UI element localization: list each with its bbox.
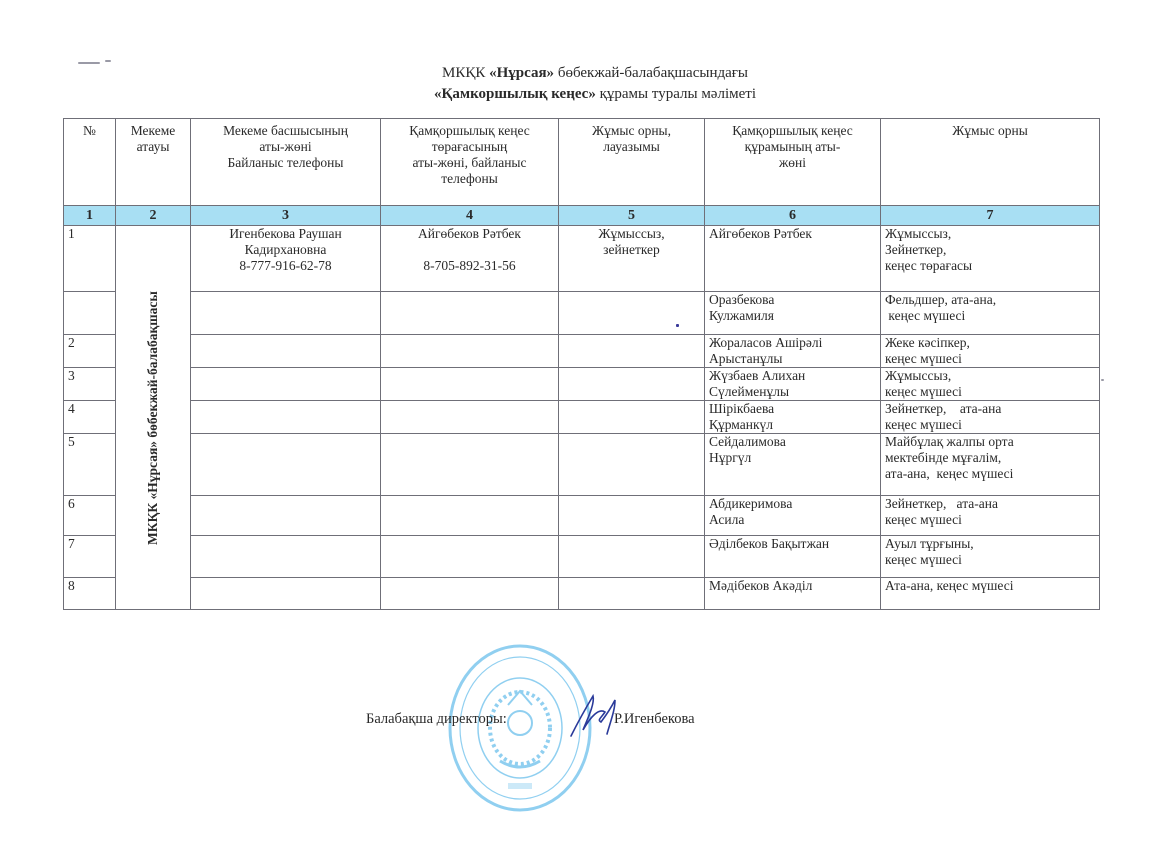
empty-cell: [191, 496, 381, 536]
cell-text: Асила: [709, 512, 876, 528]
empty-cell: [381, 292, 559, 335]
header-text: Қамқоршылық кеңес: [709, 123, 876, 139]
column-index: 6: [705, 206, 881, 226]
empty-cell: [381, 335, 559, 368]
member-name-cell: Жораласов АшірәліАрыстанұлы: [705, 335, 881, 368]
empty-cell: [559, 536, 705, 578]
empty-cell: [191, 368, 381, 401]
scan-speck: [105, 60, 111, 62]
header-text: құрамының аты-: [709, 139, 876, 155]
title-suffix: бөбекжай-балабақшасындағы: [554, 65, 748, 81]
institution-name: МКҚК «Нұрсая» бөбекжай-балабақшасы: [145, 291, 161, 545]
column-index: 7: [881, 206, 1100, 226]
cell-text: Зейнеткер, ата-ана: [885, 401, 1095, 417]
table-row: 7Әділбеков БақытжанАуыл тұрғыны,кеңес мү…: [64, 536, 1100, 578]
cell-text: Мәдібеков Акәділ: [709, 578, 876, 594]
cell-text: Майбұлақ жалпы орта: [885, 434, 1095, 450]
cell-text: Жүзбаев Алихан: [709, 368, 876, 384]
empty-cell: [559, 401, 705, 434]
empty-cell: [559, 368, 705, 401]
header-text: Мекеме басшысының: [195, 123, 376, 139]
header-text: Жұмыс орны: [885, 123, 1095, 139]
empty-cell: [191, 578, 381, 610]
row-number: 1: [64, 226, 116, 292]
header-text: аты-жөні, байланыс: [385, 155, 554, 171]
chair-info-cell: Айгөбеков Рәтбек 8-705-892-31-56: [381, 226, 559, 292]
cell-text: Шірікбаева: [709, 401, 876, 417]
empty-cell: [559, 578, 705, 610]
row-number: 7: [64, 536, 116, 578]
cell-text: кеңес мүшесі: [885, 512, 1095, 528]
director-name: Р.Игенбекова: [614, 711, 695, 728]
cell-text: кеңес мүшесі: [885, 552, 1095, 568]
cell-text: Жораласов Ашірәлі: [709, 335, 876, 351]
cell-text: Зейнеткер, ата-ана: [885, 496, 1095, 512]
scan-speck: [1101, 379, 1104, 381]
cell-text: Құрманкүл: [709, 417, 876, 433]
header-text: Мекеме: [120, 123, 186, 139]
member-work-cell: Ауыл тұрғыны,кеңес мүшесі: [881, 536, 1100, 578]
header-row: №МекемеатауыМекеме басшысыныңаты-жөніБай…: [64, 119, 1100, 206]
title-suffix-2: құрамы туралы мәліметі: [596, 86, 756, 102]
header-text: №: [68, 123, 111, 139]
cell-text: Арыстанұлы: [709, 351, 876, 367]
header-text: аты-жөні: [195, 139, 376, 155]
header-text: телефоны: [385, 171, 554, 187]
cell-text: Сүлейменұлы: [709, 384, 876, 400]
row-number: 5: [64, 434, 116, 496]
member-work-cell: Майбұлақ жалпы ортамектебінде мұғалім,ат…: [881, 434, 1100, 496]
column-header-7: Жұмыс орны: [881, 119, 1100, 206]
column-header-6: Қамқоршылық кеңесқұрамының аты-жөні: [705, 119, 881, 206]
document-title-line2: «Қамкоршылық кеңес» құрамы туралы мәліме…: [10, 84, 1170, 104]
member-work-cell: Ата-ана, кеңес мүшесі: [881, 578, 1100, 610]
header-text: Жұмыс орны,: [563, 123, 700, 139]
title-prefix: МКҚК: [442, 65, 489, 81]
member-work-cell: Зейнеткер, ата-анакеңес мүшесі: [881, 496, 1100, 536]
scan-speck: [676, 324, 679, 327]
member-name-cell: Айгөбеков Рәтбек: [705, 226, 881, 292]
cell-text: Кадирхановна: [195, 242, 376, 258]
empty-cell: [381, 496, 559, 536]
empty-cell: [191, 434, 381, 496]
cell-text: кеңес төрағасы: [885, 258, 1095, 274]
cell-text: Оразбекова: [709, 292, 876, 308]
column-header-4: Қамқоршылық кеңестөрағасыныңаты-жөні, ба…: [381, 119, 559, 206]
cell-text: кеңес мүшесі: [885, 384, 1095, 400]
column-header-1: №: [64, 119, 116, 206]
cell-text: Кулжамиля: [709, 308, 876, 324]
cell-text: мектебінде мұғалім,: [885, 450, 1095, 466]
cell-text: зейнеткер: [563, 242, 700, 258]
institution-name-cell: МКҚК «Нұрсая» бөбекжай-балабақшасы: [116, 226, 191, 610]
empty-cell: [381, 434, 559, 496]
header-text: төрағасының: [385, 139, 554, 155]
cell-text: Айгөбеков Рәтбек: [385, 226, 554, 242]
cell-text: Фельдшер, ата-ана,: [885, 292, 1095, 308]
table-row: ОразбековаКулжамиляФельдшер, ата-ана, ке…: [64, 292, 1100, 335]
empty-cell: [191, 401, 381, 434]
title-council-name: «Қамкоршылық кеңес»: [434, 86, 596, 102]
index-row: 1234567: [64, 206, 1100, 226]
empty-cell: [559, 335, 705, 368]
header-text: Қамқоршылық кеңес: [385, 123, 554, 139]
head-info-cell: Игенбекова РаушанКадирхановна8-777-916-6…: [191, 226, 381, 292]
empty-cell: [381, 401, 559, 434]
header-text: атауы: [120, 139, 186, 155]
cell-text: Зейнеткер,: [885, 242, 1095, 258]
member-name-cell: Әділбеков Бақытжан: [705, 536, 881, 578]
row-number: 4: [64, 401, 116, 434]
member-name-cell: АбдикеримоваАсила: [705, 496, 881, 536]
empty-cell: [191, 292, 381, 335]
member-work-cell: Зейнеткер, ата-анакеңес мүшесі: [881, 401, 1100, 434]
table-row: 2Жораласов АшірәліАрыстанұлыЖеке кәсіпке…: [64, 335, 1100, 368]
cell-text: 8-777-916-62-78: [195, 258, 376, 274]
member-work-cell: Жұмыссыз,кеңес мүшесі: [881, 368, 1100, 401]
title-institution-name: «Нұрсая»: [489, 65, 554, 81]
member-name-cell: ОразбековаКулжамиля: [705, 292, 881, 335]
director-label: Балабақша директоры:: [366, 711, 507, 728]
table-row: 3Жүзбаев АлиханСүлейменұлыЖұмыссыз,кеңес…: [64, 368, 1100, 401]
empty-cell: [191, 536, 381, 578]
empty-cell: [381, 368, 559, 401]
document-title-line1: МКҚК «Нұрсая» бөбекжай-балабақшасындағы: [10, 63, 1170, 83]
cell-text: Сейдалимова: [709, 434, 876, 450]
spacer: [385, 242, 554, 258]
cell-text: Абдикеримова: [709, 496, 876, 512]
cell-text: Жеке кәсіпкер,: [885, 335, 1095, 351]
table-row: 6АбдикеримоваАсилаЗейнеткер, ата-анакеңе…: [64, 496, 1100, 536]
empty-cell: [381, 536, 559, 578]
chair-position-cell: Жұмыссыз,зейнеткер: [559, 226, 705, 292]
member-name-cell: СейдалимоваНұргүл: [705, 434, 881, 496]
member-work-cell: Жұмыссыз,Зейнеткер,кеңес төрағасы: [881, 226, 1100, 292]
column-index: 1: [64, 206, 116, 226]
column-index: 4: [381, 206, 559, 226]
column-index: 3: [191, 206, 381, 226]
cell-text: кеңес мүшесі: [885, 417, 1095, 433]
column-index: 2: [116, 206, 191, 226]
cell-text: Игенбекова Раушан: [195, 226, 376, 242]
member-work-cell: Жеке кәсіпкер,кеңес мүшесі: [881, 335, 1100, 368]
cell-text: Жұмыссыз,: [563, 226, 700, 242]
member-work-cell: Фельдшер, ата-ана, кеңес мүшесі: [881, 292, 1100, 335]
empty-cell: [191, 335, 381, 368]
row-number: 6: [64, 496, 116, 536]
cell-text: Әділбеков Бақытжан: [709, 536, 876, 552]
member-name-cell: ШірікбаеваҚұрманкүл: [705, 401, 881, 434]
table-row: 1МКҚК «Нұрсая» бөбекжай-балабақшасыИгенб…: [64, 226, 1100, 292]
scan-speck: [78, 62, 100, 64]
cell-text: Жұмыссыз,: [885, 368, 1095, 384]
cell-text: кеңес мүшесі: [885, 351, 1095, 367]
column-index: 5: [559, 206, 705, 226]
cell-text: Ауыл тұрғыны,: [885, 536, 1095, 552]
empty-cell: [559, 434, 705, 496]
empty-cell: [559, 292, 705, 335]
cell-text: кеңес мүшесі: [885, 308, 1095, 324]
row-number: [64, 292, 116, 335]
cell-text: Айгөбеков Рәтбек: [709, 226, 876, 242]
table-row: 8Мәдібеков АкәділАта-ана, кеңес мүшесі: [64, 578, 1100, 610]
empty-cell: [381, 578, 559, 610]
row-number: 3: [64, 368, 116, 401]
empty-cell: [559, 496, 705, 536]
row-number: 8: [64, 578, 116, 610]
header-text: жөні: [709, 155, 876, 171]
cell-text: 8-705-892-31-56: [385, 258, 554, 274]
cell-text: Жұмыссыз,: [885, 226, 1095, 242]
cell-text: Нұргүл: [709, 450, 876, 466]
cell-text: Ата-ана, кеңес мүшесі: [885, 578, 1095, 594]
column-header-5: Жұмыс орны,лауазымы: [559, 119, 705, 206]
member-name-cell: Жүзбаев АлиханСүлейменұлы: [705, 368, 881, 401]
member-name-cell: Мәдібеков Акәділ: [705, 578, 881, 610]
table-row: 4ШірікбаеваҚұрманкүлЗейнеткер, ата-анаке…: [64, 401, 1100, 434]
table-row: 5СейдалимоваНұргүлМайбұлақ жалпы ортамек…: [64, 434, 1100, 496]
column-header-2: Мекемеатауы: [116, 119, 191, 206]
column-header-3: Мекеме басшысыныңаты-жөніБайланыс телефо…: [191, 119, 381, 206]
cell-text: ата-ана, кеңес мүшесі: [885, 466, 1095, 482]
header-text: Байланыс телефоны: [195, 155, 376, 171]
header-text: лауазымы: [563, 139, 700, 155]
row-number: 2: [64, 335, 116, 368]
council-table: №МекемеатауыМекеме басшысыныңаты-жөніБай…: [63, 118, 1100, 610]
